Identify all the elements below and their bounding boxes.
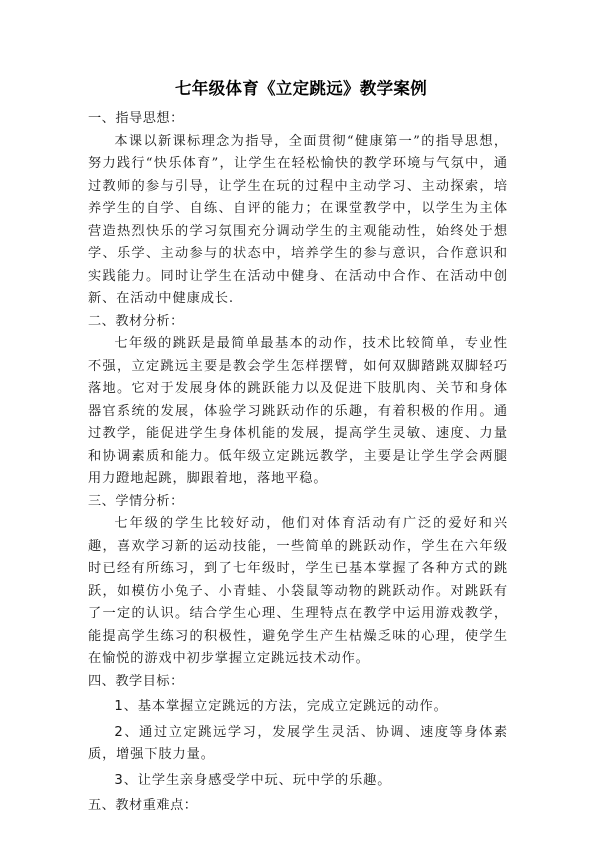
section-key-difficulties: 五、教材重难点： [88, 795, 508, 818]
section-heading: 二、教材分析： [88, 311, 508, 334]
item-number: 2 [114, 725, 123, 740]
section-heading: 四、教学目标： [88, 671, 508, 694]
item-text: 、通过立定跳远学习，发展学生灵活、协调、速度等身体素质，增强下肢力量。 [88, 725, 508, 763]
section-heading: 三、学情分析： [88, 491, 508, 514]
section-teaching-objectives: 四、教学目标： 1、基本掌握立定跳远的方法，完成立定跳远的动作。 2、通过立定跳… [88, 671, 508, 793]
section-student-analysis: 三、学情分析： 七年级的学生比较好动，他们对体育活动有广泛的爱好和兴趣，喜欢学习… [88, 491, 508, 671]
section-heading: 五、教材重难点： [88, 795, 508, 818]
section-guiding-ideology: 一、指导思想： 本课以新课标理念为指导，全面贯彻“健康第一”的指导思想，努力践行… [88, 108, 508, 311]
objective-item: 3、让学生亲身感受学中玩、玩中学的乐趣。 [88, 770, 508, 793]
paragraph: 七年级的学生比较好动，他们对体育活动有广泛的爱好和兴趣，喜欢学习新的运动技能，一… [88, 513, 508, 671]
paragraph: 本课以新课标理念为指导，全面贯彻“健康第一”的指导思想，努力践行“快乐体育”，让… [88, 131, 508, 311]
item-number: 1 [114, 699, 123, 714]
section-material-analysis: 二、教材分析： 七年级的跳跃是最简单最基本的动作，技术比较简单，专业性不强，立定… [88, 311, 508, 491]
item-number: 3 [114, 773, 123, 788]
paragraph: 七年级的跳跃是最简单最基本的动作，技术比较简单，专业性不强，立定跳远主要是教会学… [88, 333, 508, 491]
item-text: 、基本掌握立定跳远的方法，完成立定跳远的动作。 [124, 699, 448, 714]
objective-item: 2、通过立定跳远学习，发展学生灵活、协调、速度等身体素质，增强下肢力量。 [88, 722, 508, 767]
objective-item: 1、基本掌握立定跳远的方法，完成立定跳远的动作。 [88, 696, 508, 719]
item-text: 、让学生亲身感受学中玩、玩中学的乐趣。 [124, 773, 392, 788]
document-page: 七年级体育《立定跳远》教学案例 一、指导思想： 本课以新课标理念为指导，全面贯彻… [88, 78, 508, 818]
document-title: 七年级体育《立定跳远》教学案例 [88, 78, 508, 100]
section-heading: 一、指导思想： [88, 108, 508, 131]
